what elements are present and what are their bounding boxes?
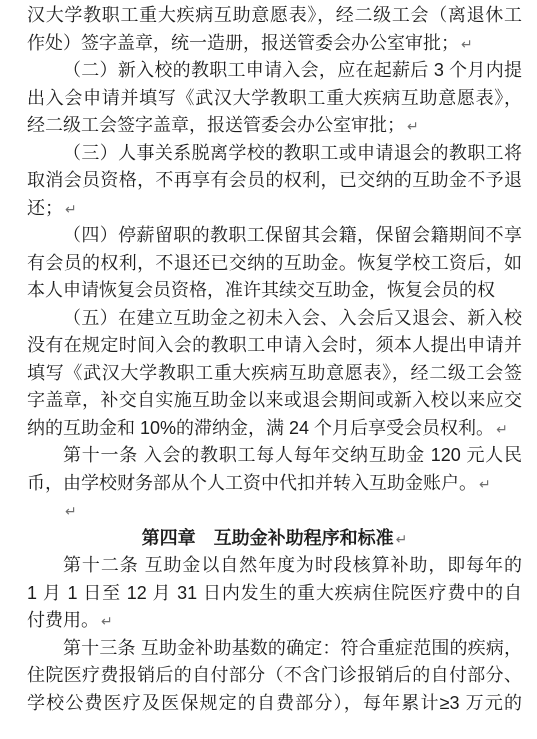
text-line: 作处）签字盖章，统一造册，报送管委会办公室审批；↵ bbox=[27, 30, 522, 58]
text-line: 有会员的权利，不退还已交纳的互助金。恢复学校工资后，如 bbox=[27, 250, 522, 278]
empty-paragraph: ↵ bbox=[27, 497, 522, 525]
text-line: 还；↵ bbox=[27, 195, 522, 223]
text-line-content: 还； bbox=[27, 198, 63, 218]
paragraph: 第十二条 互助金以自然年度为时段核算补助，即每年的 1 月 1 日至 12 月 … bbox=[27, 552, 522, 635]
text-line: 学校公费医疗及医保规定的自费部分），每年累计≥3 万元的 bbox=[27, 690, 522, 718]
heading-line: 第四章 互助金补助程序和标准↵ bbox=[27, 525, 522, 553]
text-line: 付费用。↵ bbox=[27, 607, 522, 635]
text-line: 纳的互助金和 10%的滞纳金，满 24 个月后享受会员权利。↵ bbox=[27, 415, 522, 443]
paragraph-mark-icon: ↵ bbox=[101, 614, 113, 630]
text-line-content: 纳的互助金和 10%的滞纳金，满 24 个月后享受会员权利。 bbox=[27, 418, 494, 438]
text-line: 经二级工会签字盖章，报送管委会办公室审批；↵ bbox=[27, 112, 522, 140]
paragraph-mark-icon: ↵ bbox=[65, 202, 77, 218]
text-line-content: 作处）签字盖章，统一造册，报送管委会办公室审批； bbox=[27, 33, 459, 53]
text-line: 没有在规定时间入会的教职工申请入会时，须本人提出申请并 bbox=[27, 332, 522, 360]
text-line-content: 本人申请恢复会员资格，准许其续交互助金，恢复会员的权利； bbox=[27, 280, 495, 305]
chapter-heading: 第四章 互助金补助程序和标准↵ bbox=[27, 525, 522, 553]
paragraph: 第十三条 互助金补助基数的确定：符合重症范围的疾病， 住院医疗费报销后的自付部分… bbox=[27, 635, 522, 718]
text-line-content: 币，由学校财务部从个人工资中代扣并转入互助金账户。 bbox=[27, 473, 477, 493]
paragraph-mark-icon: ↵ bbox=[407, 119, 419, 135]
paragraph: （四）停薪留职的教职工保留其会籍，保留会籍期间不享 有会员的权利，不退还已交纳的… bbox=[27, 222, 522, 305]
text-line: 本人申请恢复会员资格，准许其续交互助金，恢复会员的权利；↵ bbox=[27, 277, 522, 305]
text-line: （四）停薪留职的教职工保留其会籍，保留会籍期间不享 bbox=[27, 222, 522, 250]
heading-text: 第四章 互助金补助程序和标准 bbox=[142, 528, 394, 548]
text-line-content: 经二级工会签字盖章，报送管委会办公室审批； bbox=[27, 115, 405, 135]
text-line: 汉大学教职工重大疾病互助意愿表》，经二级工会（离退休工 bbox=[27, 2, 522, 30]
text-line: 字盖章，补交自实施互助金以来或退会期间或新入校以来应交 bbox=[27, 387, 522, 415]
paragraph: 汉大学教职工重大疾病互助意愿表》，经二级工会（离退休工 作处）签字盖章，统一造册… bbox=[27, 2, 522, 57]
text-line: 取消会员资格，不再享有会员的权利，已交纳的互助金不予退 bbox=[27, 167, 522, 195]
text-line: 第十一条 入会的教职工每人每年交纳互助金 120 元人民 bbox=[27, 442, 522, 470]
text-line: （二）新入校的教职工申请入会，应在起薪后 3 个月内提 bbox=[27, 57, 522, 85]
text-line: 第十二条 互助金以自然年度为时段核算补助，即每年的 bbox=[27, 552, 522, 580]
text-line: 住院医疗费报销后的自付部分（不含门诊报销后的自付部分、 bbox=[27, 662, 522, 690]
paragraph: （五）在建立互助金之初未入会、入会后又退会、新入校 没有在规定时间入会的教职工申… bbox=[27, 305, 522, 443]
text-line: 出入会申请并填写《武汉大学教职工重大疾病互助意愿表》， bbox=[27, 85, 522, 113]
text-line: 1 月 1 日至 12 月 31 日内发生的重大疾病住院医疗费中的自 bbox=[27, 580, 522, 608]
paragraph: （三）人事关系脱离学校的教职工或申请退会的教职工将 取消会员资格，不再享有会员的… bbox=[27, 140, 522, 223]
paragraph-mark-icon: ↵ bbox=[65, 504, 77, 520]
text-line: 第十三条 互助金补助基数的确定：符合重症范围的疾病， bbox=[27, 635, 522, 663]
paragraph: （二）新入校的教职工申请入会，应在起薪后 3 个月内提 出入会申请并填写《武汉大… bbox=[27, 57, 522, 140]
text-line: 币，由学校财务部从个人工资中代扣并转入互助金账户。↵ bbox=[27, 470, 522, 498]
text-line: 填写《武汉大学教职工重大疾病互助意愿表》，经二级工会签 bbox=[27, 360, 522, 388]
text-line: （三）人事关系脱离学校的教职工或申请退会的教职工将 bbox=[27, 140, 522, 168]
paragraph: 第十一条 入会的教职工每人每年交纳互助金 120 元人民 币，由学校财务部从个人… bbox=[27, 442, 522, 497]
paragraph-mark-icon: ↵ bbox=[461, 37, 473, 53]
paragraph-mark-icon: ↵ bbox=[496, 422, 508, 438]
document-page[interactable]: 汉大学教职工重大疾病互助意愿表》，经二级工会（离退休工 作处）签字盖章，统一造册… bbox=[0, 0, 537, 739]
text-line-content: 付费用。 bbox=[27, 610, 99, 630]
text-line: （五）在建立互助金之初未入会、入会后又退会、新入校 bbox=[27, 305, 522, 333]
paragraph-mark-icon: ↵ bbox=[479, 477, 491, 493]
paragraph-mark-icon: ↵ bbox=[396, 532, 408, 548]
text-line: ↵ bbox=[27, 497, 522, 525]
